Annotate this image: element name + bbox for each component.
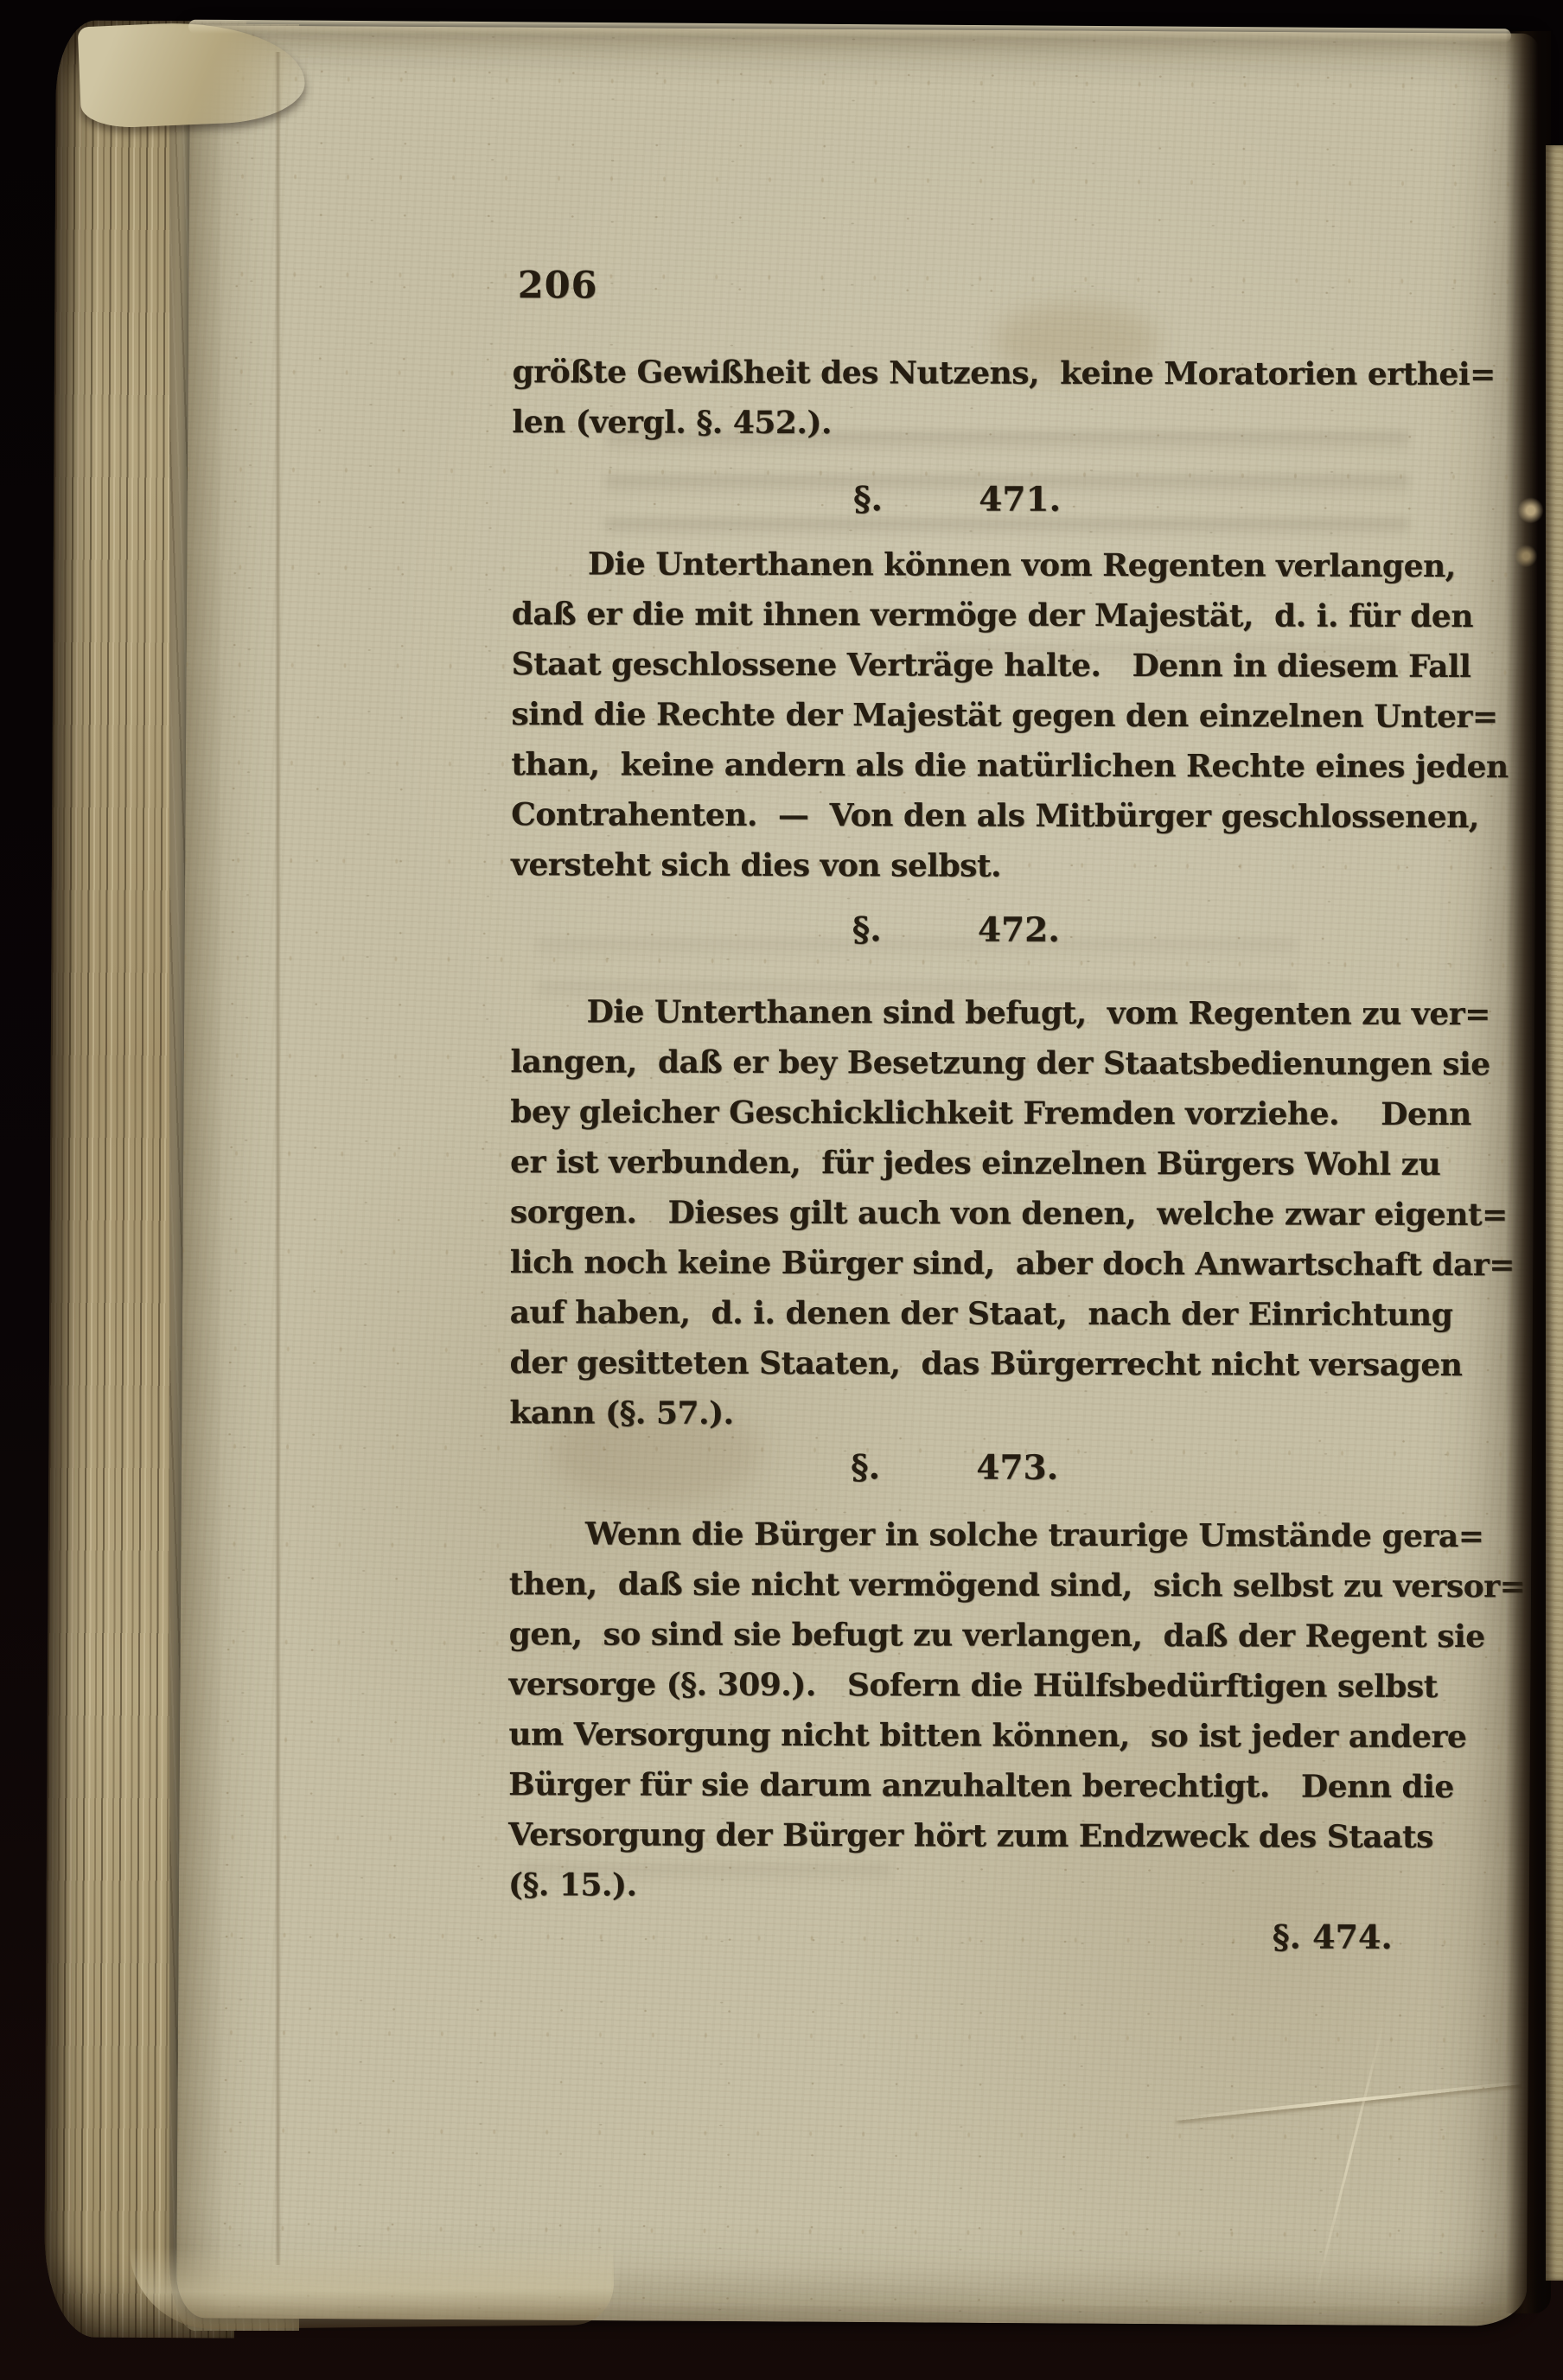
text-line: then, daß sie nicht vermögend sind, sich…: [509, 1559, 1529, 1611]
text-line: versteht sich dies von selbst.: [511, 839, 1531, 892]
text-line: Bürger für sie darum anzuhalten berechti…: [508, 1759, 1528, 1812]
text-line: sorgen. Dieses gilt auch von denen, welc…: [510, 1187, 1530, 1240]
book-scan-scene: 206 größte Gewißheit des Nutzens, keine …: [0, 0, 1563, 2380]
text-line: der gesitteten Staaten, das Bürgerrecht …: [509, 1337, 1529, 1390]
paragraph-472: Die Unterthanen sind befugt, vom Regente…: [509, 986, 1530, 1440]
text-line: er ist verbunden, für jedes einzelnen Bü…: [510, 1137, 1530, 1190]
text-line: langen, daß er bey Besetzung der Staatsb…: [510, 1037, 1530, 1089]
text-line: Wenn die Bürger in solche traurige Umstä…: [509, 1509, 1529, 1561]
text-line: lich noch keine Bürger sind, aber doch A…: [510, 1237, 1530, 1290]
text-line: sind die Rechte der Majestät gegen den e…: [511, 689, 1531, 742]
section-heading-472: §. 472.: [511, 903, 1401, 956]
text-line: daß er die mit ihnen vermöge der Majestä…: [512, 589, 1532, 641]
text-line: than, keine andern als die natürlichen R…: [511, 739, 1531, 792]
section-heading-473: §. 473.: [509, 1441, 1400, 1494]
text-line: auf haben, d. i. denen der Staat, nach d…: [510, 1287, 1530, 1340]
text-line: (§. 15.).: [508, 1860, 1528, 1912]
text-line: Die Unterthanen können vom Regenten verl…: [512, 539, 1532, 591]
paragraph-continuation: größte Gewißheit des Nutzens, keine Mora…: [512, 347, 1532, 450]
text-line: gen, so sind sie befugt zu verlangen, da…: [509, 1609, 1529, 1662]
printed-text-layer: 206 größte Gewißheit des Nutzens, keine …: [0, 0, 1563, 2380]
text-line: len (vergl. §. 452.).: [512, 397, 1532, 450]
paragraph-471: Die Unterthanen können vom Regenten verl…: [511, 539, 1532, 892]
text-line: kann (§. 57.).: [509, 1388, 1529, 1440]
catchword-next-section: §. 474.: [1273, 1917, 1393, 1956]
text-line: Staat geschlossene Verträge halte. Denn …: [512, 639, 1532, 692]
section-heading-471: §. 471.: [512, 473, 1402, 526]
text-line: Die Unterthanen sind befugt, vom Regente…: [510, 986, 1530, 1039]
text-line: Contrahenten. — Von den als Mitbürger ge…: [511, 789, 1531, 842]
text-line: größte Gewißheit des Nutzens, keine Mora…: [512, 347, 1532, 399]
paragraph-473: Wenn die Bürger in solche traurige Umstä…: [508, 1509, 1529, 1912]
text-line: bey gleicher Geschicklichkeit Fremden vo…: [510, 1087, 1530, 1139]
text-line: Versorgung der Bürger hört zum Endzweck …: [508, 1809, 1528, 1862]
page-number: 206: [518, 264, 598, 307]
text-line: um Versorgung nicht bitten können, so is…: [508, 1709, 1528, 1762]
text-line: versorge (§. 309.). Sofern die Hülfsbedü…: [508, 1659, 1528, 1712]
